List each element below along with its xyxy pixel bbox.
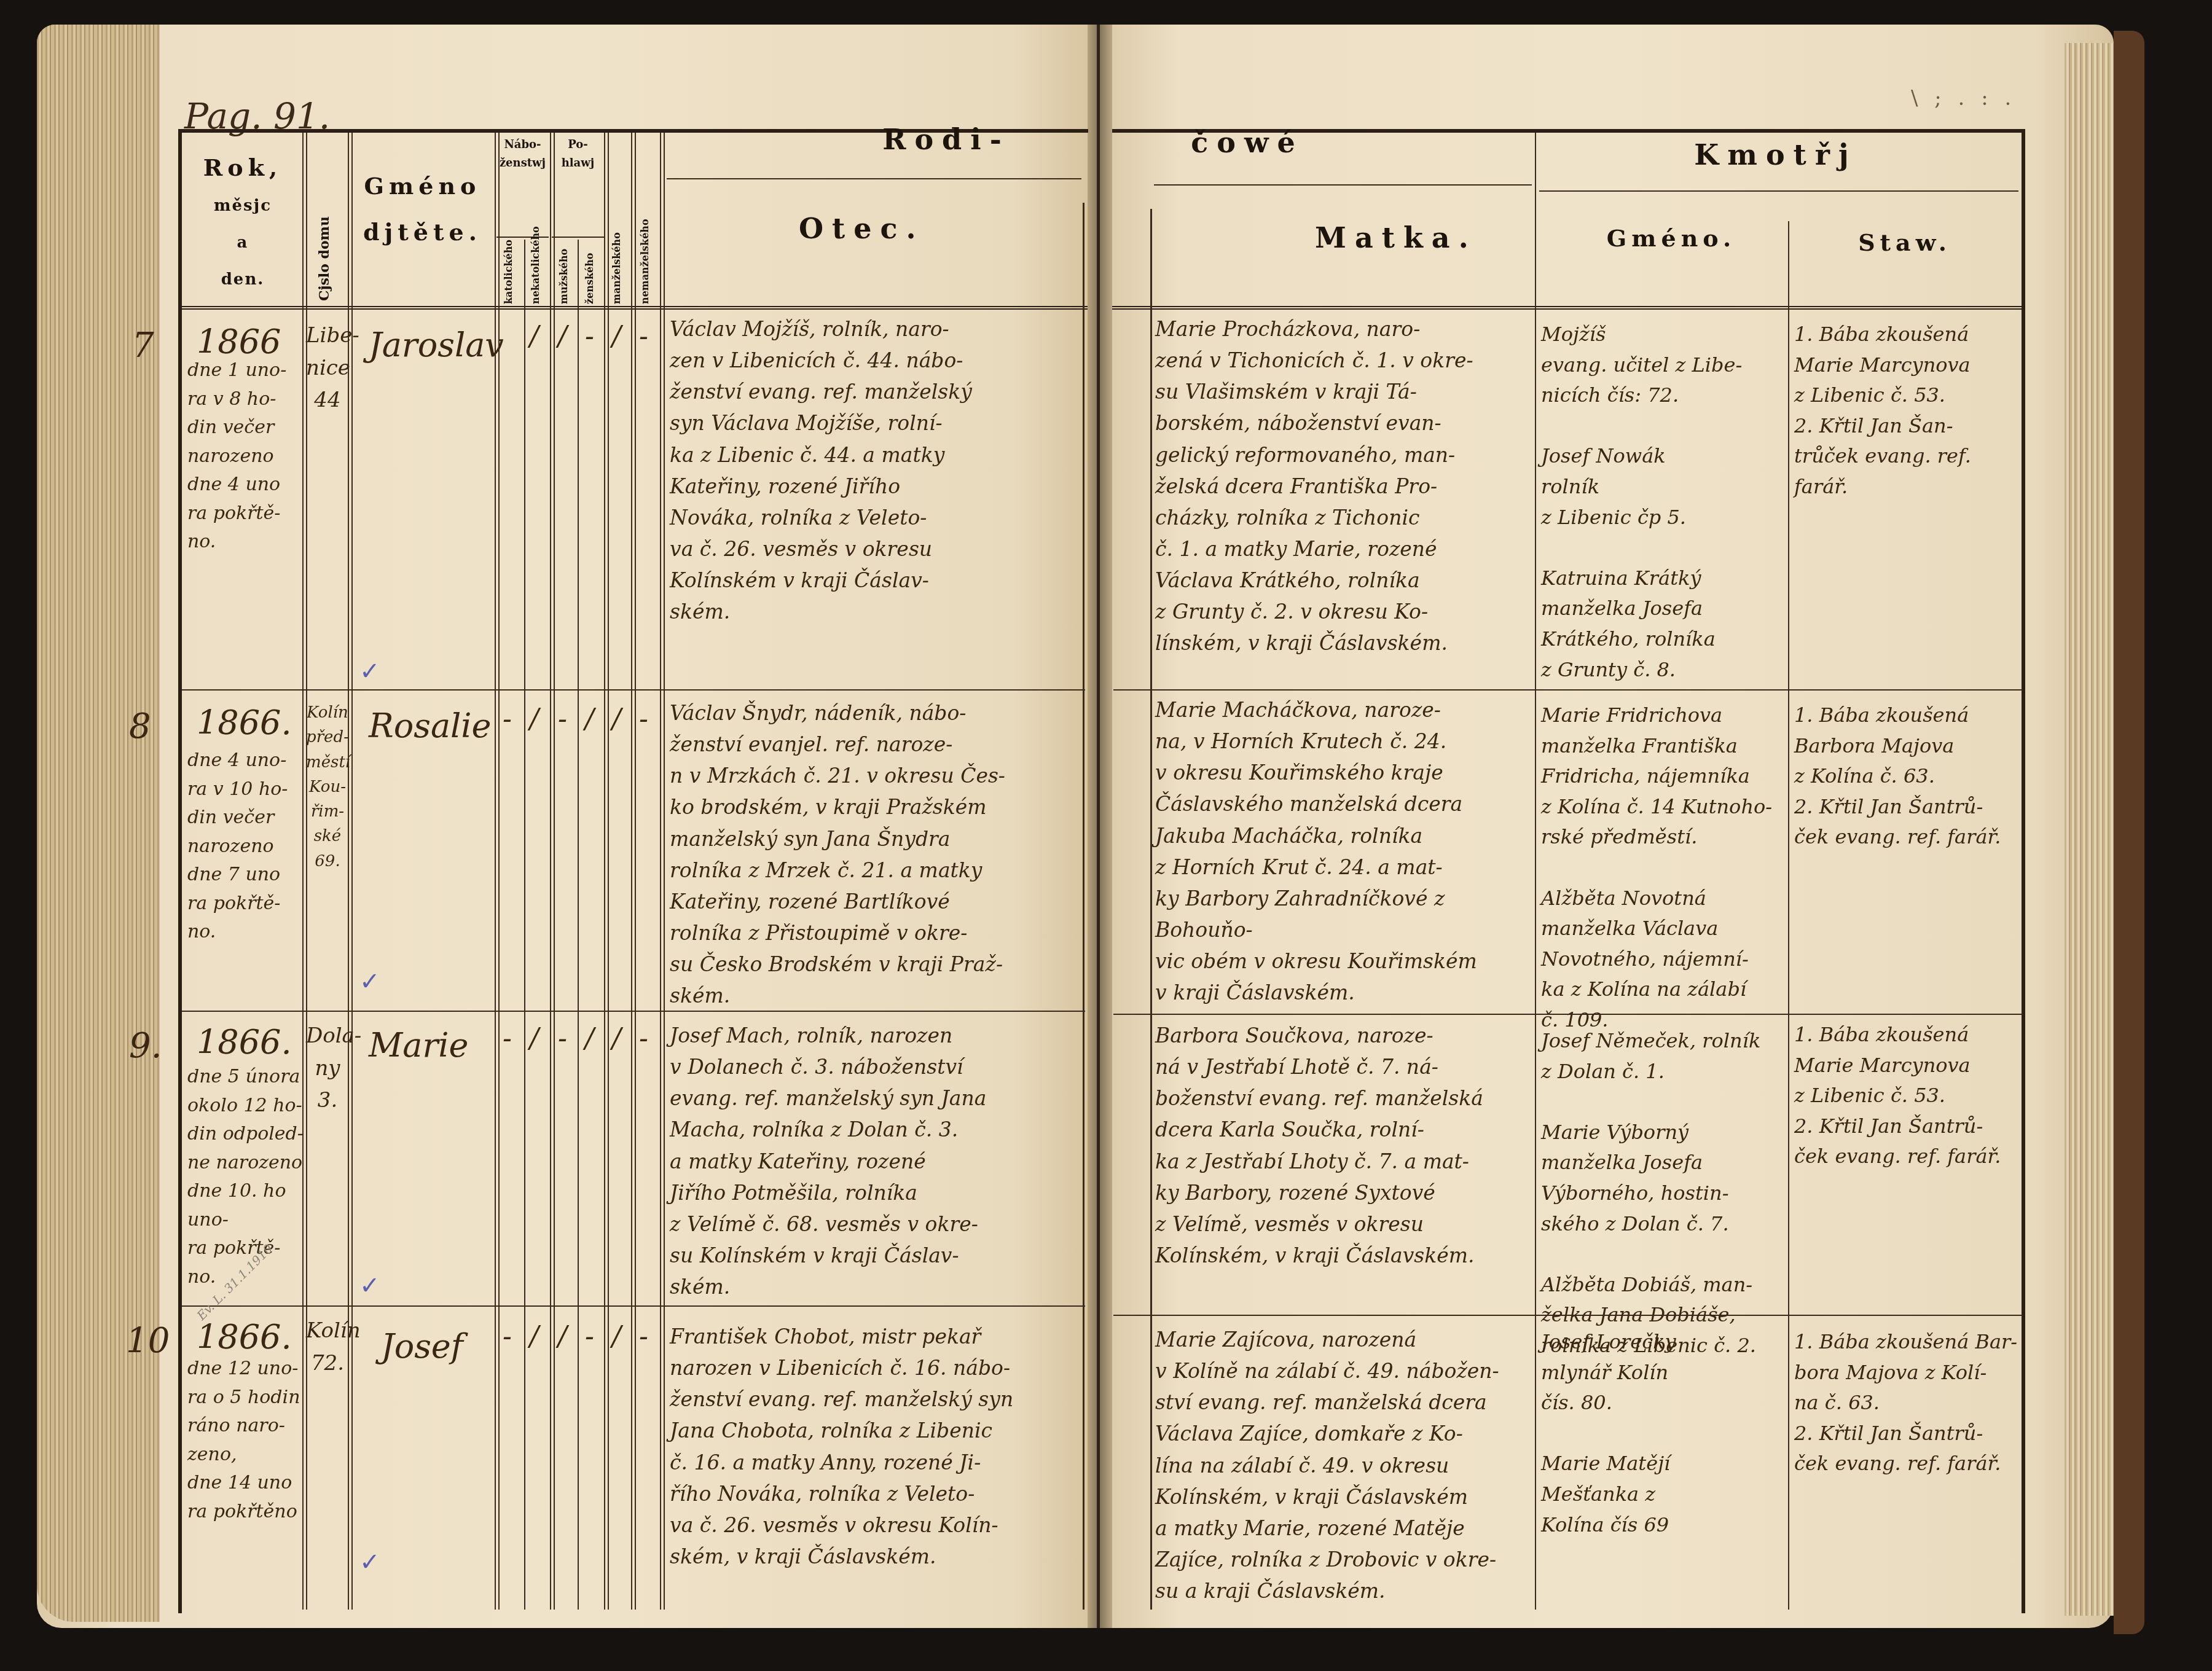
col-sep — [1150, 209, 1152, 1610]
header-nabozenstvi-1: Nábo- — [496, 138, 549, 151]
entry-dates: dne 5 února okolo 12 ho- din odpoled- ne… — [187, 1063, 304, 1291]
mark-manzelske: / — [612, 321, 621, 352]
entry-number: 9. — [129, 1020, 162, 1073]
entry-godparents-status: 1. Bába zkoušená Bar- bora Majova z Kolí… — [1794, 1327, 2022, 1479]
pencil-mark: \ ; . : . — [1911, 86, 2016, 111]
header-nemanzelskeho: nemanželského — [639, 203, 651, 304]
header-nabozenstvi-2: ženstwj — [496, 157, 549, 170]
col-sep — [660, 133, 665, 1610]
header-nekatolickeho: nekatolického — [530, 246, 541, 304]
header-rodicove-right: čowé — [1167, 126, 1327, 159]
mark-manzelske: / — [612, 703, 621, 735]
mark-nekatolicke: / — [530, 1023, 539, 1054]
mark-muzske: / — [558, 321, 567, 352]
entry-mother: Barbora Součkova, naroze- ná v Jestřabí … — [1155, 1020, 1533, 1271]
entry-house-number: Kolín před- městí Kou- řim- ské 69. — [306, 700, 349, 874]
book-gutter — [1088, 25, 1112, 1628]
mark-nemanzelske: - — [639, 1023, 648, 1054]
entry-year: 1866. — [197, 697, 292, 749]
entry-godparents-status: 1. Bába zkoušená Marie Marcynova z Liben… — [1794, 319, 2022, 503]
entry-dates: dne 12 uno- ra o 5 hodin ráno naro- zeno… — [187, 1355, 304, 1526]
header-matka: Matka. — [1315, 221, 1450, 254]
col-sep — [578, 240, 579, 1610]
entry-father: František Chobot, mistr pekař narozen v … — [670, 1321, 1081, 1572]
mark-zenske: / — [585, 703, 594, 735]
header-kmotri-jmeno: Gméno. — [1573, 224, 1770, 252]
mark-zenske: - — [585, 1321, 594, 1352]
col-sep — [1788, 221, 1789, 1610]
header-a: a — [184, 233, 301, 252]
mark-katolicke: - — [503, 1321, 512, 1352]
entry-godparents-names: Josef Lorečky mlynář Kolín čís. 80. Mari… — [1541, 1327, 1787, 1540]
entry-number: 10 — [126, 1315, 170, 1368]
entry-child-name: Rosalie — [369, 700, 492, 752]
sub-rule — [1539, 190, 2018, 192]
entry-year: 1866. — [197, 1017, 292, 1068]
entry-mother: Marie Macháčkova, naroze- na, v Horních … — [1155, 694, 1533, 1008]
header-kmotri-stav: Staw. — [1819, 229, 1991, 256]
col-sep — [604, 133, 609, 1610]
entry-father: Josef Mach, rolník, narozen v Dolanech č… — [670, 1020, 1081, 1302]
mark-nekatolicke: / — [530, 1321, 539, 1352]
mark-nekatolicke: / — [530, 703, 539, 735]
entry-house-number: Libe- nice 44 — [306, 319, 349, 417]
entry-godparents-status: 1. Bába zkoušená Barbora Majova z Kolína… — [1794, 700, 2022, 853]
header-den: den. — [184, 270, 301, 289]
right-page-edges — [2065, 43, 2114, 1616]
entry-godparents-names: Mojžíš evang. učitel z Libe- nicích čís:… — [1541, 319, 1787, 685]
header-kmotri: Kmotřj — [1659, 138, 1892, 171]
check-mark-icon: ✓ — [359, 657, 380, 686]
entry-godparents-names: Josef Němeček, rolník z Dolan č. 1. Mari… — [1541, 1026, 1787, 1361]
header-otec: Otec. — [799, 212, 922, 245]
mark-muzske: - — [558, 1023, 567, 1054]
book-cover-edge — [2114, 31, 2144, 1634]
left-page-edges — [37, 25, 160, 1622]
mark-nemanzelske: - — [639, 1321, 648, 1352]
col-sep — [631, 133, 636, 1610]
header-muzskeho: mužského — [558, 246, 570, 304]
mark-muzske: / — [558, 1321, 567, 1352]
header-mesic: měsjc — [184, 197, 301, 215]
header-manzelskeho: manželského — [611, 203, 622, 304]
col-sep — [550, 133, 555, 1610]
col-sep — [1083, 203, 1084, 1610]
entry-mother: Marie Procházkova, naro- zená v Tichonic… — [1155, 313, 1533, 659]
mark-katolicke: - — [503, 1023, 512, 1054]
mark-manzelske: / — [612, 1321, 621, 1352]
mark-zenske: / — [585, 1023, 594, 1054]
sub-rule — [552, 237, 604, 238]
col-sep — [524, 240, 525, 1610]
mark-katolicke: - — [503, 703, 512, 735]
header-rodicove-left: Rodi- — [848, 123, 1045, 156]
entry-house-number: Dola- ny 3. — [306, 1020, 349, 1117]
header-rok: Rok, — [184, 154, 301, 181]
header-rule-right — [1112, 306, 2025, 310]
header-jmeno: Gméno — [350, 172, 495, 200]
row-sep — [1113, 689, 2023, 691]
entry-father: Václav Šnydr, nádeník, nábo- ženství eva… — [670, 697, 1081, 1011]
mark-manzelske: / — [612, 1023, 621, 1054]
entry-godparents-names: Marie Fridrichova manželka Františka Fri… — [1541, 700, 1787, 1036]
entry-child-name: Josef — [381, 1321, 463, 1372]
row-sep — [182, 689, 1085, 691]
sub-rule — [1154, 184, 1532, 186]
mark-muzske: - — [558, 703, 567, 735]
check-mark-icon: ✓ — [359, 1272, 380, 1300]
entry-mother: Marie Zajícova, narozená v Kolíně na zál… — [1155, 1324, 1533, 1606]
mark-nekatolicke: / — [530, 321, 539, 352]
header-katolickeho: katolického — [503, 246, 514, 304]
row-sep — [182, 1305, 1085, 1307]
mark-zenske: - — [585, 321, 594, 352]
entry-godparents-status: 1. Bába zkoušená Marie Marcynova z Liben… — [1794, 1020, 2022, 1172]
header-pohlavi-1: Po- — [552, 138, 604, 151]
mark-nemanzelske: - — [639, 321, 648, 352]
entry-father: Václav Mojžíš, rolník, naro- zen v Liben… — [670, 313, 1081, 627]
entry-child-name: Jaroslav — [369, 319, 504, 371]
entry-dates: dne 4 uno- ra v 10 ho- din večer narozen… — [187, 746, 304, 947]
check-mark-icon: ✓ — [359, 968, 380, 996]
header-cislo-domu: Cjslo domu — [316, 215, 332, 301]
mark-nemanzelske: - — [639, 703, 648, 735]
header-zenskeho: ženského — [584, 246, 595, 304]
sub-rule — [667, 178, 1081, 179]
entry-child-name: Marie — [369, 1020, 469, 1071]
entry-house-number: Kolín 72. — [306, 1315, 349, 1379]
header-pohlavi-2: hlawj — [552, 157, 604, 170]
entry-number: 7 — [132, 319, 154, 373]
header-ditete: djtěte. — [350, 218, 495, 246]
col-sep — [1535, 133, 1536, 1610]
check-mark-icon: ✓ — [359, 1548, 380, 1576]
entry-dates: dne 1 uno- ra v 8 ho- din večer narozeno… — [187, 356, 304, 557]
entry-number: 8 — [129, 700, 151, 754]
